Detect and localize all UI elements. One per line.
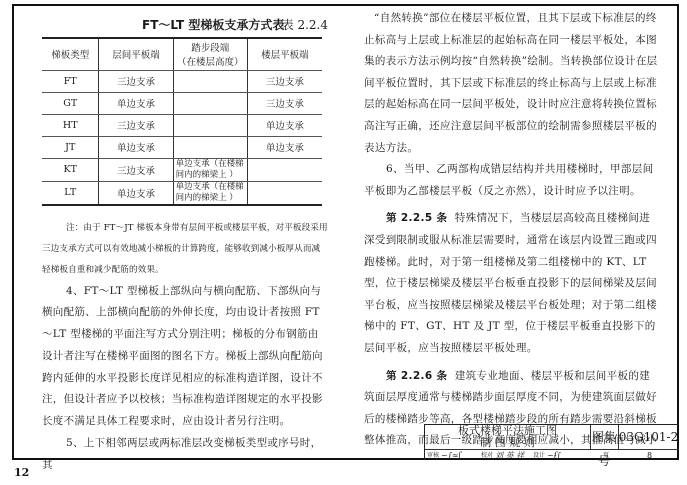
cell-floor-landing: 三边支承 bbox=[247, 70, 322, 92]
paragraph-5: 5、上下相邻两层或两标准层改变梯板类型或序号时，其 bbox=[42, 433, 328, 477]
title-block: 板式楼梯平法施工图 制 图 规 则 图集号 03G101-2 审核 ~∫≈ʃ 校… bbox=[424, 424, 679, 460]
title-block-title: 板式楼梯平法施工图 制 图 规 则 bbox=[425, 425, 591, 449]
signature-row: 审核 ~∫≈ʃ 校对 刘 英 祥 设计 ∽ʄ∫ 页 8 bbox=[425, 449, 679, 461]
header-flight-end-line2: （在楼层高度） bbox=[174, 54, 247, 68]
table-header-row: 梯板类型 层间平板端 踏步段端 （在楼层高度） 楼层平板端 bbox=[42, 38, 322, 70]
cell-type: LT bbox=[42, 181, 99, 205]
review-label: 审核 bbox=[427, 450, 439, 461]
title-line-2: 制 图 规 则 bbox=[425, 437, 590, 449]
cell-flight-end bbox=[173, 136, 247, 158]
cell-mid-landing: 单边支承 bbox=[99, 92, 173, 114]
cell-floor-landing bbox=[247, 158, 322, 181]
table-caption: FT～LT 型梯板支承方式表 表 2.2.4 bbox=[42, 12, 328, 34]
cell-type: HT bbox=[42, 114, 99, 136]
cell-mid-landing: 三边支承 bbox=[99, 114, 173, 136]
table-note: 注：由于 FT～JT 梯板本身带有层间平板或楼层平板，对平板段采用三边支承方式可… bbox=[42, 218, 328, 281]
right-column: “自然转换”部位在楼层平板位置，且其下层或下标准层的终止标高与上层或上标准层的起… bbox=[364, 8, 660, 452]
cell-floor-landing: 三边支承 bbox=[247, 92, 322, 114]
cell-flight-end: 单边支承（在楼梯间内的梯梁上 ） bbox=[173, 158, 247, 181]
table-row: JT 单边支承 单边支承 bbox=[42, 136, 322, 158]
paragraph-5-continued: “自然转换”部位在楼层平板位置，且其下层或下标准层的终止标高与上层或上标准层的起… bbox=[364, 8, 660, 159]
table-row: GT 单边支承 三边支承 bbox=[42, 92, 322, 114]
cell-flight-end: 单边支承（在楼梯间内的梯梁上 ） bbox=[173, 181, 247, 205]
page-number: 12 bbox=[14, 466, 29, 479]
cell-type: KT bbox=[42, 158, 99, 181]
header-slab-type: 梯板类型 bbox=[42, 38, 99, 70]
table-row: KT 三边支承 单边支承（在楼梯间内的梯梁上 ） bbox=[42, 158, 322, 181]
design-label: 设计 bbox=[533, 450, 545, 461]
atlas-number: 03G101-2 bbox=[618, 425, 679, 449]
left-column: FT～LT 型梯板支承方式表 表 2.2.4 梯板类型 层间平板端 踏步段端 （… bbox=[42, 12, 328, 477]
check-label: 校对 bbox=[481, 450, 493, 461]
page-label: 页 bbox=[603, 450, 609, 461]
cell-type: FT bbox=[42, 70, 99, 92]
review-signature: ~∫≈ʃ bbox=[441, 450, 461, 461]
paragraph-6: 6、当甲、乙两部构成错层结构并共用楼梯时，甲部层间平板即为乙部楼层平板（反之亦然… bbox=[364, 159, 660, 202]
clause-2-2-5: 第 2.2.5 条 特殊情况下，当楼层层高较高且楼梯间进深受到限制或服从标准层需… bbox=[364, 208, 660, 359]
design-signature: ∽ʄ∫ bbox=[547, 450, 561, 461]
header-flight-end-line1: 踏步段端 bbox=[174, 40, 247, 54]
cell-type: GT bbox=[42, 92, 99, 114]
table-number: 表 2.2.4 bbox=[282, 16, 328, 33]
cell-flight-end bbox=[173, 114, 247, 136]
cell-mid-landing: 三边支承 bbox=[99, 70, 173, 92]
cell-flight-end bbox=[173, 92, 247, 114]
cell-mid-landing: 单边支承 bbox=[99, 181, 173, 205]
cell-flight-end bbox=[173, 70, 247, 92]
header-mid-landing-end: 层间平板端 bbox=[99, 38, 173, 70]
cell-floor-landing bbox=[247, 181, 322, 205]
header-flight-end: 踏步段端 （在楼层高度） bbox=[173, 38, 247, 70]
paragraph-4: 4、FT～LT 型梯板上部纵向与横向配筋、下部纵向与横向配筋、上部横向配筋的外伸… bbox=[42, 281, 328, 434]
page-value: 8 bbox=[647, 450, 652, 461]
cell-floor-landing: 单边支承 bbox=[247, 114, 322, 136]
table-row: LT 单边支承 单边支承（在楼梯间内的梯梁上 ） bbox=[42, 181, 322, 205]
cell-floor-landing: 单边支承 bbox=[247, 136, 322, 158]
support-method-table: 梯板类型 层间平板端 踏步段端 （在楼层高度） 楼层平板端 FT 三边支承 三边… bbox=[42, 37, 322, 206]
check-signature: 刘 英 祥 bbox=[495, 450, 524, 461]
cell-mid-landing: 三边支承 bbox=[99, 158, 173, 181]
table-title: FT～LT 型梯板支承方式表 bbox=[142, 16, 284, 33]
cell-type: JT bbox=[42, 136, 99, 158]
table-row: FT 三边支承 三边支承 bbox=[42, 70, 322, 92]
clause-2-2-5-label: 第 2.2.5 条 bbox=[386, 212, 447, 224]
clause-2-2-6-label: 第 2.2.6 条 bbox=[386, 370, 447, 382]
header-floor-landing-end: 楼层平板端 bbox=[247, 38, 322, 70]
atlas-number-label: 图集号 bbox=[590, 425, 619, 449]
table-row: HT 三边支承 单边支承 bbox=[42, 114, 322, 136]
clause-2-2-5-text: 特殊情况下，当楼层层高较高且楼梯间进深受到限制或服从标准层需要时，通常在该层内设… bbox=[364, 212, 657, 354]
cell-mid-landing: 单边支承 bbox=[99, 136, 173, 158]
